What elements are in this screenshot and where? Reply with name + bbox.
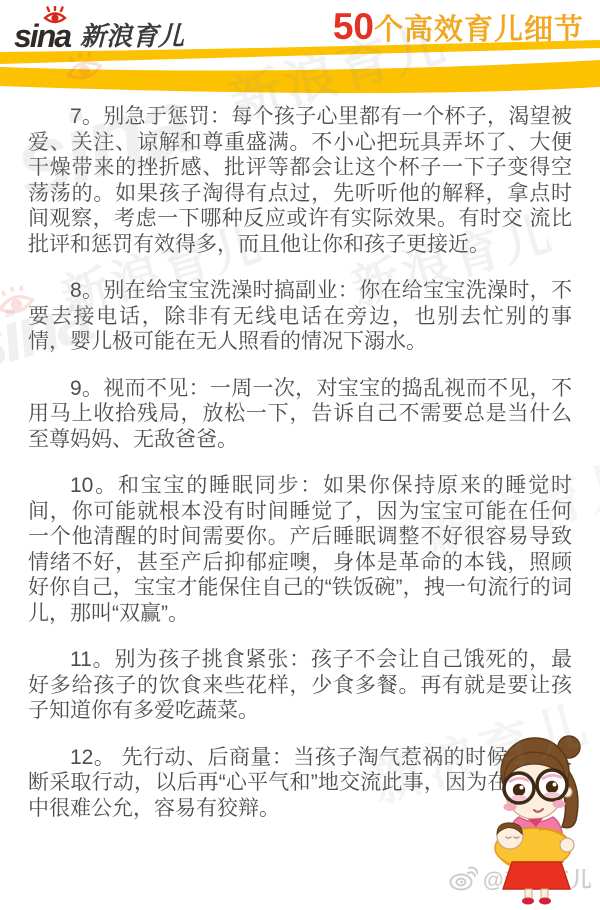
mother-and-baby-illustration bbox=[479, 730, 599, 905]
yellow-swoosh-band bbox=[0, 38, 600, 98]
weibo-icon bbox=[448, 866, 478, 892]
sina-eye-icon bbox=[42, 6, 68, 26]
header: sina 新浪育儿 50 个高效育儿细节 bbox=[0, 0, 600, 100]
tip-paragraph-9: 9。视而不见：一周一次，对宝宝的捣乱视而不见，不用马上收拾残局，放松一下，告诉自… bbox=[28, 376, 572, 453]
parenting-tips-poster: 新浪育儿 sina 新浪育儿 新浪育儿 sina 新浪育儿 新浪育儿 sina … bbox=[0, 0, 600, 910]
tip-paragraph-8: 8。别在给宝宝洗澡时搞副业：你在给宝宝洗澡时，不要去接电话，除非有无线电话在旁边… bbox=[28, 278, 572, 355]
tip-paragraph-10: 10。和宝宝的睡眠同步：如果你保持原来的睡觉时间，你可能就根本没有时间睡觉了，因… bbox=[28, 473, 572, 626]
tip-paragraph-11: 11。别为孩子挑食紧张：孩子不会让自己饿死的，最好多给孩子的饮食来些花样，少食多… bbox=[28, 647, 572, 724]
tip-paragraph-7: 7。别急于惩罚：每个孩子心里都有一个杯子，渴望被爱、关注、谅解和尊重盛满。不小心… bbox=[28, 104, 572, 257]
